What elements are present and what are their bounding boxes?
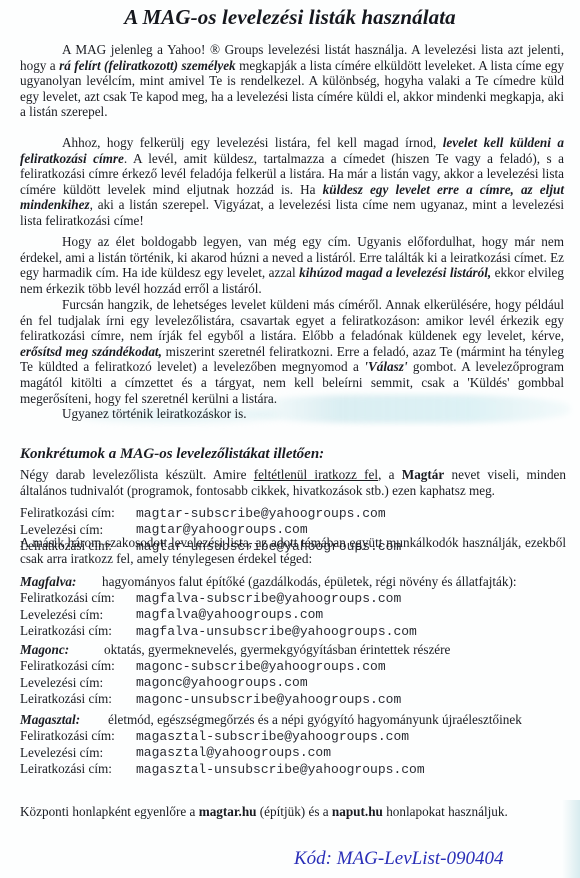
group-1: Magonc:oktatás, gyermeknevelés, gyermekg… <box>20 641 450 708</box>
address-row: Feliratkozási cím:magonc-subscribe@yahoo… <box>20 658 450 675</box>
email-address[interactable]: magasztal-unsubscribe@yahoogroups.com <box>136 762 425 777</box>
address-label: Leiratkozási cím: <box>20 691 136 707</box>
group-name: Magfalva: <box>20 574 102 590</box>
intro-paragraph-2: Ahhoz, hogy felkerülj egy levelezési lis… <box>20 135 564 229</box>
address-row: Feliratkozási cím:magfalva-subscribe@yah… <box>20 590 517 607</box>
section-heading: Konkrétumok a MAG-os levelezőlistákat il… <box>20 446 324 463</box>
email-address[interactable]: magasztal@yahoogroups.com <box>136 745 331 760</box>
address-row: Feliratkozási cím:magasztal-subscribe@ya… <box>20 728 522 745</box>
page-title: A MAG-os levelezési listák használata <box>0 5 580 30</box>
group-name: Magasztal: <box>20 712 108 728</box>
emphasis: rá felírt (feliratkozott) személyek <box>59 58 236 73</box>
address-label: Leiratkozási cím: <box>20 761 136 777</box>
group-name: Magonc: <box>20 642 104 658</box>
address-row: Levelezési cím:magonc@yahoogroups.com <box>20 675 450 692</box>
other-lists-intro: A másik három szakosodott levelezési lis… <box>20 535 566 566</box>
emphasis: 'Válasz' <box>364 359 407 374</box>
group-description: hagyományos falut építőké (gazdálkodás, … <box>102 574 517 590</box>
emphasis: magtar.hu <box>199 804 257 819</box>
address-label: Levelezési cím: <box>20 675 136 691</box>
address-label: Feliratkozási cím: <box>20 505 136 521</box>
underlined-text: feltétlenül iratkozz fel <box>254 467 378 482</box>
address-label: Levelezési cím: <box>20 607 136 623</box>
intro-paragraph-1: A MAG jelenleg a Yahoo! ® Groups levelez… <box>20 42 564 120</box>
group-2: Magasztal:életmód, egészségmegőrzés és a… <box>20 711 522 778</box>
email-address[interactable]: magonc-subscribe@yahoogroups.com <box>136 659 386 674</box>
emphasis: erősítsd meg szándékodat, <box>20 344 162 359</box>
address-label: Feliratkozási cím: <box>20 590 136 606</box>
closing-paragraph: Központi honlapként egyenlőre a magtar.h… <box>20 804 566 820</box>
address-row: Leiratkozási cím:magfalva-unsubscribe@ya… <box>20 623 517 640</box>
email-address[interactable]: magasztal-subscribe@yahoogroups.com <box>136 729 409 744</box>
group-0: Magfalva:hagyományos falut építőké (gazd… <box>20 573 517 640</box>
emphasis: levelet kell küldeni a feliratkozási cím… <box>20 135 564 166</box>
email-address[interactable]: magfalva-unsubscribe@yahoogroups.com <box>136 624 417 639</box>
address-row: Leiratkozási cím:magasztal-unsubscribe@y… <box>20 761 522 778</box>
intro-paragraph-5: Ugyanez történik leiratkozáskor is. <box>20 406 564 422</box>
address-label: Feliratkozási cím: <box>20 658 136 674</box>
emphasis: naput.hu <box>332 804 383 819</box>
email-address[interactable]: magfalva@yahoogroups.com <box>136 607 323 622</box>
emphasis: Magtár <box>402 467 444 482</box>
emphasis: kihúzod magad a levelezési listáról, <box>299 265 491 280</box>
address-row: Leiratkozási cím:magonc-unsubscribe@yaho… <box>20 691 450 708</box>
group-header: Magfalva:hagyományos falut építőké (gazd… <box>20 573 517 590</box>
email-address[interactable]: magonc@yahoogroups.com <box>136 675 308 690</box>
email-address[interactable]: magfalva-subscribe@yahoogroups.com <box>136 591 401 606</box>
intro-paragraph-4: Furcsán hangzik, de lehetséges levelet k… <box>20 297 564 406</box>
address-label: Leiratkozási cím: <box>20 623 136 639</box>
address-row: Levelezési cím:magasztal@yahoogroups.com <box>20 745 522 762</box>
group-description: oktatás, gyermeknevelés, gyermekgyógyítá… <box>104 642 450 658</box>
document-code: Kód: MAG-LevList-090404 <box>294 848 504 870</box>
address-label: Feliratkozási cím: <box>20 728 136 744</box>
email-address[interactable]: magtar-subscribe@yahoogroups.com <box>136 506 386 521</box>
address-row: Levelezési cím:magfalva@yahoogroups.com <box>20 607 517 624</box>
section-lead: Négy darab levelezőlista készült. Amire … <box>20 467 566 498</box>
group-header: Magonc:oktatás, gyermeknevelés, gyermekg… <box>20 641 450 658</box>
emphasis: küldesz egy levelet erre a címre, az elj… <box>20 182 564 213</box>
address-row: Feliratkozási cím: magtar-subscribe@yaho… <box>20 505 401 522</box>
intro-paragraph-3: Hogy az élet boldogabb legyen, van még e… <box>20 234 564 296</box>
address-label: Levelezési cím: <box>20 745 136 761</box>
email-address[interactable]: magonc-unsubscribe@yahoogroups.com <box>136 692 401 707</box>
group-header: Magasztal:életmód, egészségmegőrzés és a… <box>20 711 522 728</box>
group-description: életmód, egészségmegőrzés és a népi gyóg… <box>108 712 522 728</box>
